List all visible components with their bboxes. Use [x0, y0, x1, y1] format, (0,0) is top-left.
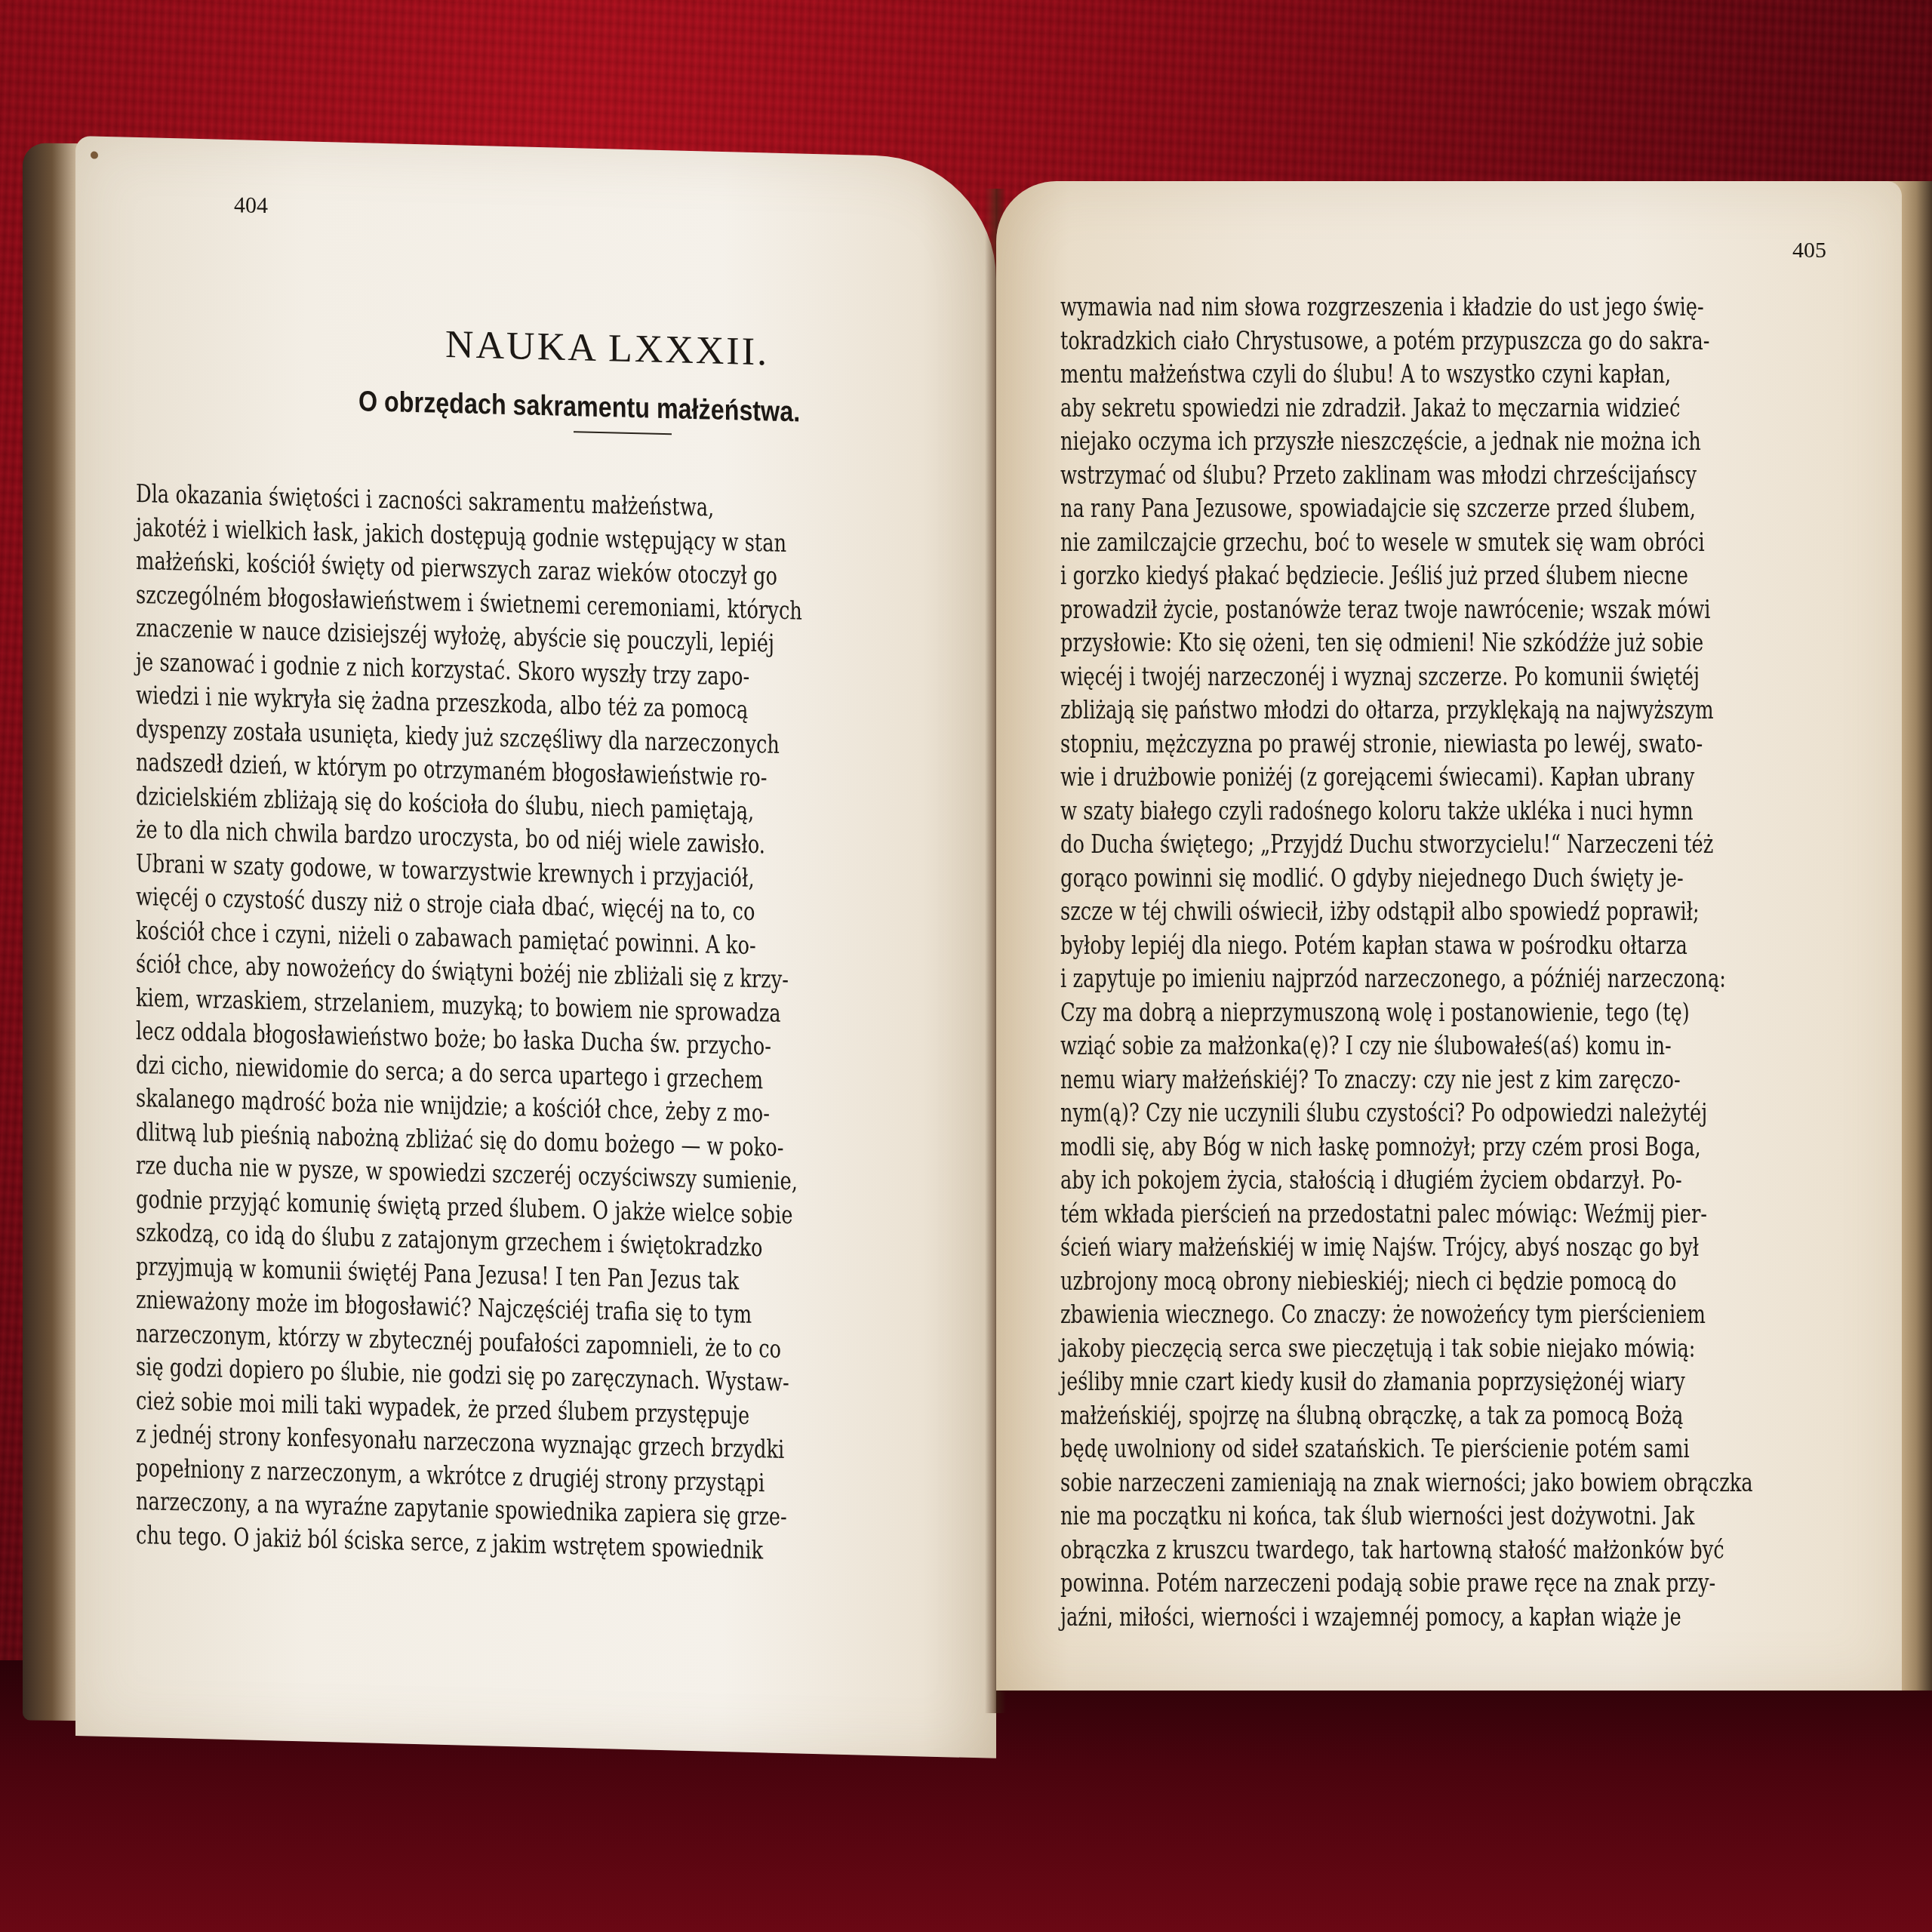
text-line: ścień wiary małżeńskiéj w imię Najśw. Tr… [1060, 1231, 1678, 1265]
text-line: do Ducha świętego; „Przyjdź Duchu stworz… [1060, 828, 1678, 862]
chapter-subtitle: O obrzędach sakramentu małżeństwa. [358, 386, 800, 429]
text-line: wstrzymać od ślubu? Przeto zaklinam was … [1060, 459, 1678, 493]
text-line: aby ich pokojem życia, stałością i długi… [1060, 1164, 1678, 1198]
text-line: będę uwolniony od sideł szatańskich. Te … [1060, 1432, 1678, 1466]
text-line: Czy ma dobrą a nieprzymuszoną wolę i pos… [1060, 996, 1678, 1030]
text-line: małżeńskiéj, spojrzę na ślubną obrączkę,… [1060, 1399, 1678, 1433]
text-line: zbliżają się państwo młodzi do ołtarza, … [1060, 694, 1678, 728]
text-line: gorąco powinni się modlić. O gdyby nieje… [1060, 862, 1678, 896]
text-line: tokradzkich ciało Chrystusowe, a potém p… [1060, 325, 1678, 358]
text-line: wziąć sobie za małżonka(ę)? I czy nie śl… [1060, 1029, 1678, 1063]
text-line: byłoby lepiéj dla niego. Potém kapłan st… [1060, 929, 1678, 963]
text-line: aby sekretu spowiedzi nie zdradził. Jaka… [1060, 392, 1678, 426]
text-line: wie i drużbowie poniżéj (z gorejącemi św… [1060, 761, 1678, 795]
text-line: stopniu, mężczyzna po prawéj stronie, ni… [1060, 728, 1678, 761]
left-page: 404 NAUKA LXXXII. O obrzędach sakramentu… [75, 136, 996, 1758]
paper-foxing-spot [91, 151, 98, 158]
text-line: na rany Pana Jezusowe, spowiadajcie się … [1060, 492, 1678, 526]
chapter-title: NAUKA LXXXII. [445, 322, 769, 374]
text-line: i zapytuje po imieniu najprzód narzeczon… [1060, 962, 1678, 996]
title-divider-rule [574, 431, 672, 435]
text-line: więcéj i twojéj narzeczonéj i wyznaj szc… [1060, 660, 1678, 694]
text-line: niejako oczyma ich przyszłe nieszczęście… [1060, 425, 1678, 459]
text-line: tém wkłada pierścień na przedostatni pal… [1060, 1198, 1678, 1232]
page-number-right: 405 [1792, 238, 1826, 263]
right-page-body-text: wymawia nad nim słowa rozgrzeszenia i kł… [1060, 291, 1853, 1634]
text-line: uzbrojony mocą obrony niebieskiéj; niech… [1060, 1265, 1678, 1299]
text-line: jeśliby mnie czart kiedy kusił do złaman… [1060, 1365, 1678, 1399]
text-line: prowadził życie, postanówże teraz twoje … [1060, 593, 1678, 627]
text-line: sobie narzeczeni zamieniają na znak wier… [1060, 1466, 1678, 1500]
text-line: nie zamilczajcie grzechu, boć to wesele … [1060, 526, 1678, 560]
text-line: zbawienia wiecznego. Co znaczy: że nowoż… [1060, 1298, 1678, 1332]
text-line: szcze w téj chwili oświecił, iżby odstąp… [1060, 895, 1678, 929]
text-line: w szaty białego czyli radośnego koloru t… [1060, 795, 1678, 829]
text-line: modli się, aby Bóg w nich łaskę pomnożył… [1060, 1131, 1678, 1164]
text-line: jakoby pieczęcią serca swe pieczętują i … [1060, 1332, 1678, 1366]
left-page-body-text: Dla okazania świętości i zacności sakram… [136, 477, 981, 1572]
right-page: 405 wymawia nad nim słowa rozgrzeszenia … [996, 181, 1902, 1690]
page-number-left: 404 [234, 192, 268, 219]
text-line: mentu małżeństwa czyli do ślubu! A to ws… [1060, 358, 1678, 392]
text-line: nie ma początku ni końca, tak ślub wiern… [1060, 1500, 1678, 1534]
text-line: wymawia nad nim słowa rozgrzeszenia i kł… [1060, 291, 1678, 325]
text-line: obrączka z kruszcu twardego, tak hartown… [1060, 1534, 1678, 1567]
text-line: nym(ą)? Czy nie uczynili ślubu czystości… [1060, 1097, 1678, 1131]
text-line: powinna. Potém narzeczeni podają sobie p… [1060, 1567, 1678, 1601]
text-line: przysłowie: Kto się ożeni, ten się odmie… [1060, 626, 1678, 660]
text-line: i gorzko kiedyś płakać będziecie. Jeśliś… [1060, 559, 1678, 593]
text-line: jaźni, miłości, wierności i wzajemnéj po… [1060, 1601, 1678, 1635]
text-line: nemu wiary małżeńskiéj? To znaczy: czy n… [1060, 1063, 1678, 1097]
